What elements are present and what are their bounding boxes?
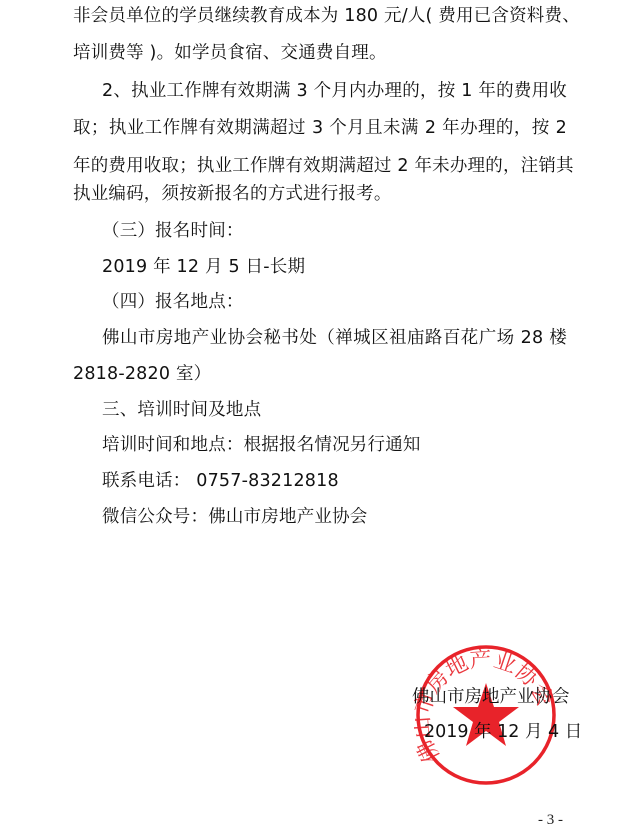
paragraph-line: 2019 年 12 月 5 日-长期 <box>102 256 305 278</box>
official-seal-icon: 佛山市房地产业协会 <box>414 643 558 787</box>
page-number: - 3 - <box>538 812 563 829</box>
wechat-account: 微信公众号：佛山市房地产业协会 <box>102 506 368 528</box>
paragraph-line: 非会员单位的学员继续教育成本为 180 元/人( 费用已含资料费、 <box>73 5 567 27</box>
section-heading: 三、培训时间及地点 <box>102 399 261 421</box>
signature-organization: 佛山市房地产业协会 <box>412 686 570 708</box>
paragraph-line: 培训费等 )。如学员食宿、交通费自理。 <box>73 42 387 64</box>
paragraph-line: 取；执业工作牌有效期满超过 3 个月且未满 2 年办理的，按 2 <box>73 117 567 139</box>
paragraph-line: 2、执业工作牌有效期满 3 个月内办理的，按 1 年的费用收 <box>102 80 567 102</box>
signature-date: 2019 年 12 月 4 日 <box>424 721 582 743</box>
paragraph-line: 执业编码，须按新报名的方式进行报考。 <box>73 183 392 205</box>
paragraph-line: 年的费用收取；执业工作牌有效期满超过 2 年未办理的，注销其 <box>73 155 567 177</box>
paragraph-line: 2818-2820 室） <box>73 363 211 385</box>
section-heading: （四）报名地点： <box>102 291 244 313</box>
paragraph-line: 佛山市房地产业协会秘书处（禅城区祖庙路百花广场 28 楼 <box>102 327 567 349</box>
section-heading: （三）报名时间： <box>102 220 244 242</box>
paragraph-line: 培训时间和地点：根据报名情况另行通知 <box>102 434 421 456</box>
contact-phone: 联系电话： 0757-83212818 <box>102 470 339 492</box>
